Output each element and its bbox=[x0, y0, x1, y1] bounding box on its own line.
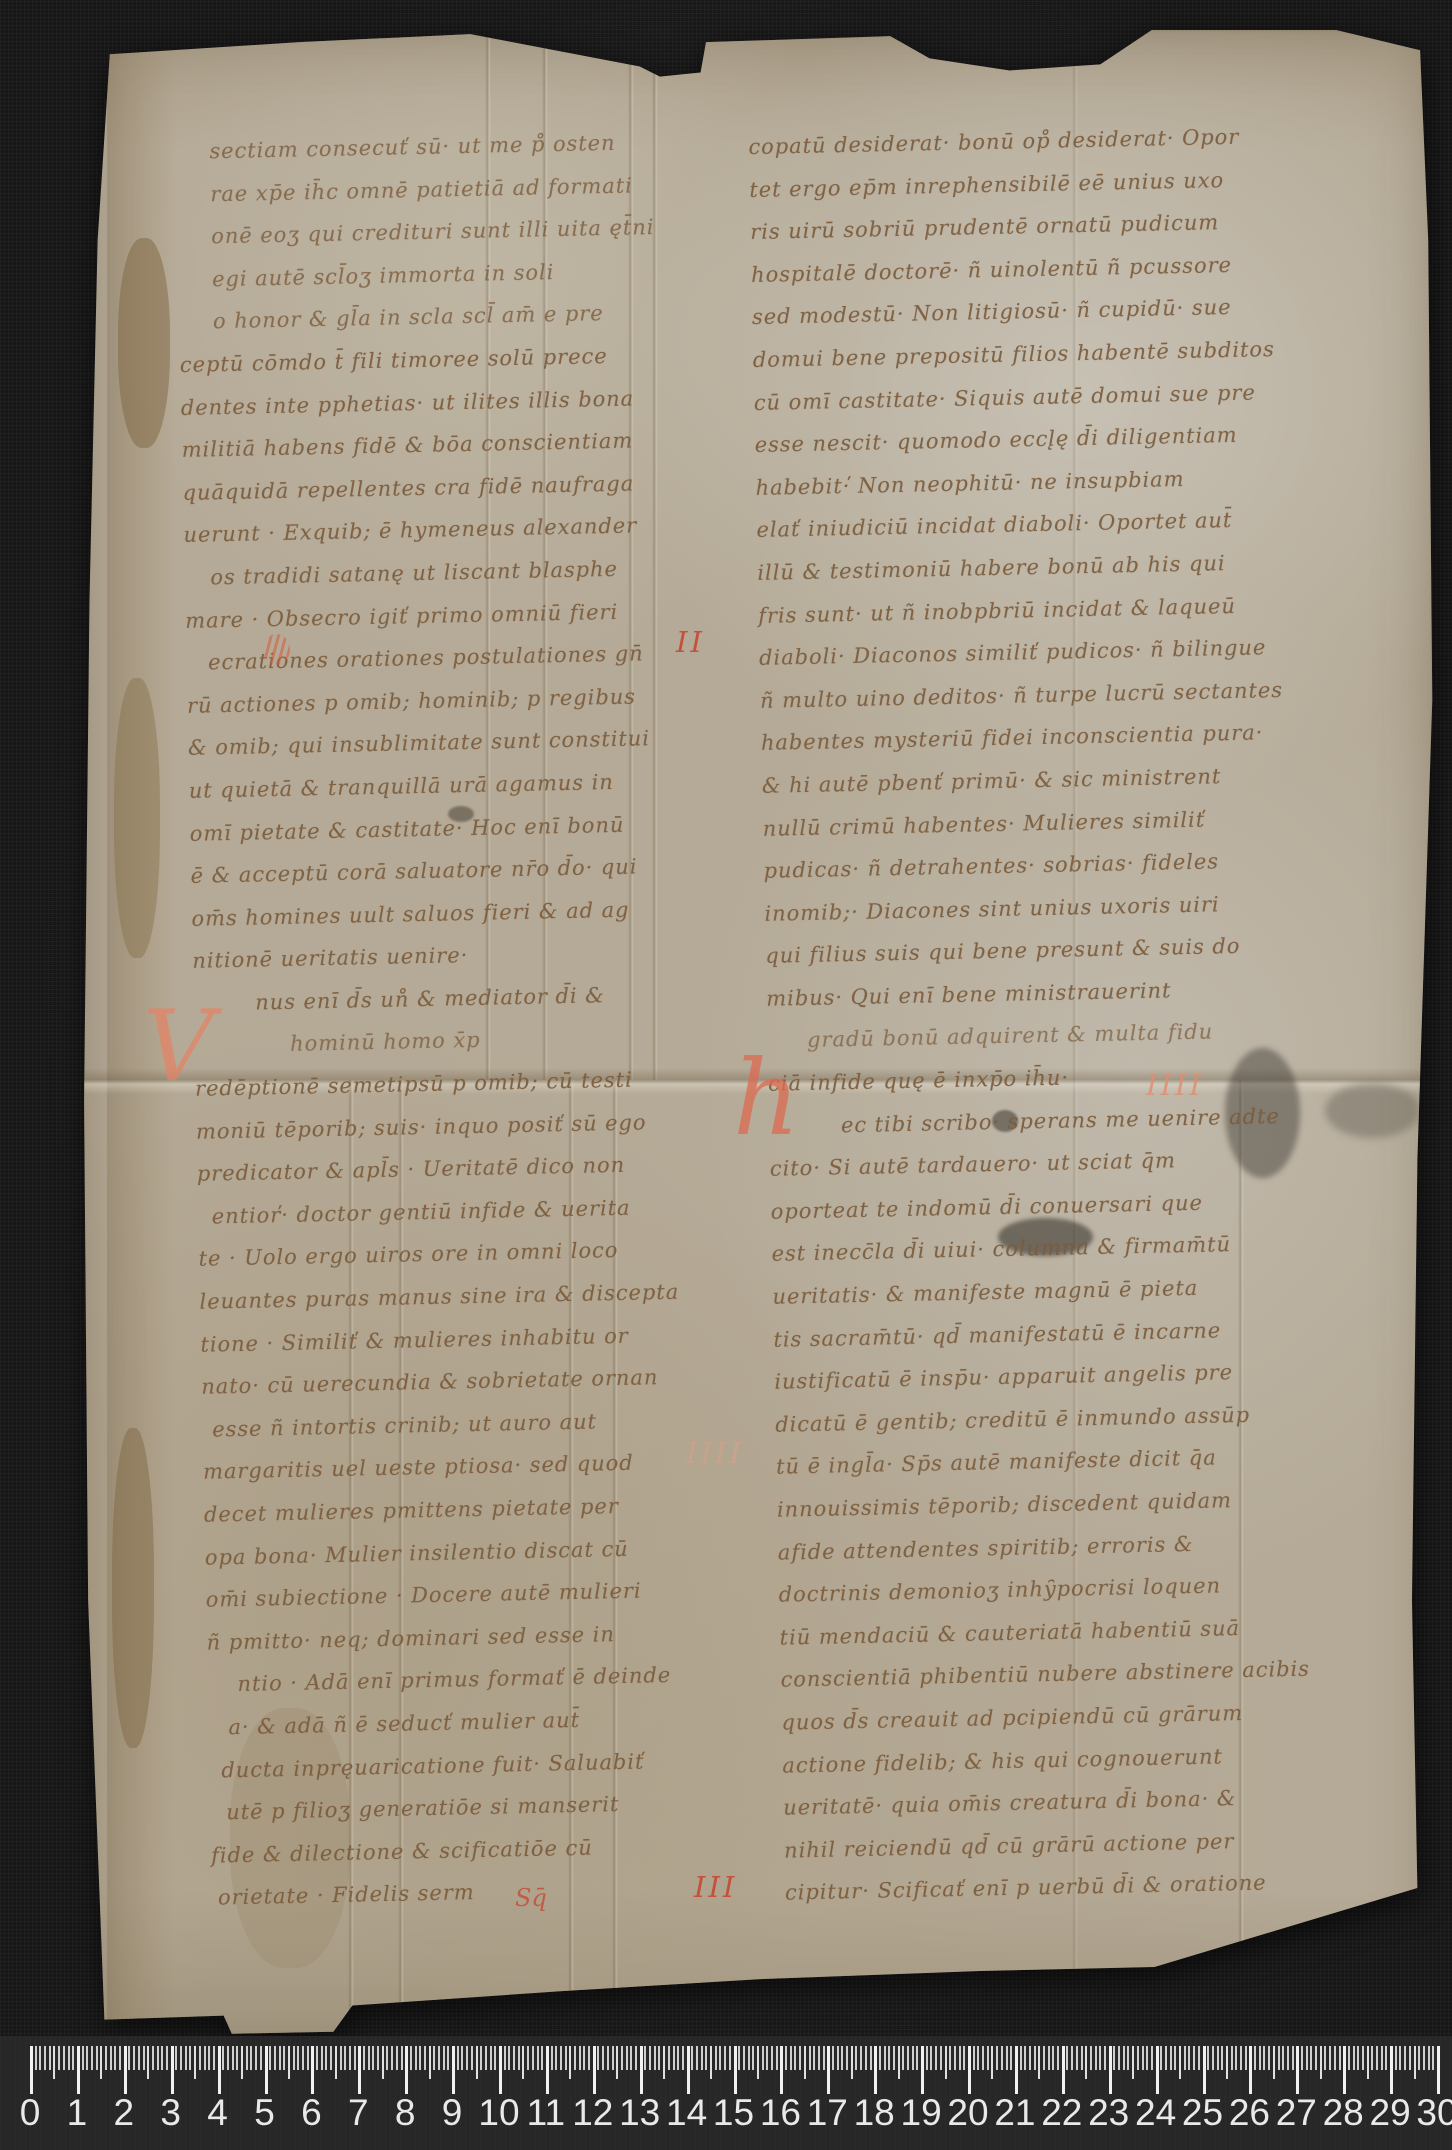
ruler-tick bbox=[949, 2046, 951, 2070]
ruler-tick bbox=[1263, 2046, 1265, 2070]
ruler-tick bbox=[945, 2046, 947, 2079]
ruler-tick bbox=[954, 2046, 956, 2070]
ruler-tick bbox=[771, 2046, 773, 2070]
ruler-tick bbox=[1320, 2046, 1322, 2079]
ruler-tick bbox=[654, 2046, 656, 2070]
chapter-numeral-II: II bbox=[676, 625, 705, 659]
ruler-tick bbox=[1282, 2046, 1284, 2070]
ruler-number: 6 bbox=[301, 2092, 322, 2134]
ruler-tick bbox=[705, 2046, 707, 2070]
ruler-tick bbox=[888, 2046, 890, 2070]
ruler-tick bbox=[1132, 2046, 1134, 2079]
ruler-tick bbox=[297, 2046, 299, 2070]
ruler-tick bbox=[1184, 2046, 1186, 2070]
ruler-tick bbox=[569, 2046, 571, 2079]
ruler-number: 8 bbox=[395, 2092, 416, 2134]
ruler-tick bbox=[663, 2046, 665, 2079]
ruler: 0123456789101112131415161718192021222324… bbox=[0, 2036, 1452, 2150]
ruler-tick bbox=[1052, 2046, 1054, 2070]
ruler-tick bbox=[996, 2046, 998, 2070]
ruler-tick bbox=[1081, 2046, 1083, 2070]
ruler-tick bbox=[138, 2046, 140, 2070]
ruler-tick bbox=[255, 2046, 257, 2070]
ruler-tick bbox=[133, 2046, 135, 2070]
ruler-tick bbox=[963, 2046, 965, 2070]
ruler-tick bbox=[1259, 2046, 1261, 2070]
ruler-tick bbox=[752, 2046, 754, 2070]
ruler-tick bbox=[1348, 2046, 1350, 2070]
ruler-tick bbox=[1245, 2046, 1247, 2070]
ruler-tick bbox=[1104, 2046, 1106, 2070]
digitized-manuscript-photo: sectiam consecut̕ sū· ut me p̊ ostenrae … bbox=[0, 0, 1452, 2150]
ruler-number: 11 bbox=[527, 2092, 565, 2134]
ruler-tick bbox=[973, 2046, 975, 2070]
ruler-tick bbox=[218, 2046, 221, 2094]
ruler-number: 9 bbox=[442, 2092, 463, 2134]
ruler-tick bbox=[1268, 2046, 1270, 2070]
ruler-tick bbox=[1371, 2046, 1373, 2070]
ruler-tick bbox=[1156, 2046, 1159, 2094]
ruler-number: 5 bbox=[254, 2092, 275, 2134]
ruler-tick bbox=[1095, 2046, 1097, 2070]
ruler-tick bbox=[476, 2046, 478, 2079]
ruler-tick bbox=[785, 2046, 787, 2070]
parchment-stain bbox=[118, 238, 170, 448]
ruler-number: 19 bbox=[901, 2092, 942, 2134]
ruler-tick bbox=[1048, 2046, 1050, 2070]
ruler-tick bbox=[724, 2046, 726, 2070]
ruler-tick bbox=[499, 2046, 502, 2094]
ruler-tick bbox=[635, 2046, 637, 2070]
ruler-tick bbox=[1179, 2046, 1181, 2079]
ruler-tick bbox=[1170, 2046, 1172, 2070]
ruler-tick bbox=[321, 2046, 323, 2070]
ruler-tick bbox=[1099, 2046, 1101, 2070]
ruler-tick bbox=[696, 2046, 698, 2070]
ruler-tick bbox=[921, 2046, 924, 2094]
ruler-tick bbox=[391, 2046, 393, 2070]
ruler-tick bbox=[1038, 2046, 1040, 2079]
ruler-tick bbox=[1235, 2046, 1237, 2070]
ruler-tick bbox=[161, 2046, 163, 2070]
ruler-tick bbox=[865, 2046, 867, 2070]
text-column-left: sectiam consecut̕ sū· ut me p̊ ostenrae … bbox=[175, 121, 690, 1920]
ruler-tick bbox=[1428, 2046, 1430, 2070]
ruler-tick bbox=[494, 2046, 496, 2070]
ruler-tick bbox=[597, 2046, 599, 2070]
chapter-numeral-IIII-right: IIII bbox=[1146, 1068, 1204, 1102]
ruler-tick bbox=[110, 2046, 112, 2070]
ruler-tick bbox=[546, 2046, 549, 2094]
ruler-tick bbox=[893, 2046, 895, 2070]
ruler-number: 1 bbox=[67, 2092, 88, 2134]
ruler-tick bbox=[128, 2046, 130, 2070]
ruler-tick bbox=[241, 2046, 243, 2079]
ruler-number: 15 bbox=[713, 2092, 754, 2134]
ruler-tick bbox=[621, 2046, 623, 2070]
ruler-tick bbox=[837, 2046, 839, 2070]
ruler-tick bbox=[1292, 2046, 1294, 2070]
ruler-tick bbox=[213, 2046, 215, 2070]
ruler-tick bbox=[1142, 2046, 1144, 2070]
ruler-tick bbox=[1034, 2046, 1036, 2070]
ruler-tick bbox=[1306, 2046, 1308, 2070]
ruler-tick bbox=[513, 2046, 515, 2070]
ruler-tick bbox=[804, 2046, 806, 2079]
ruler-tick bbox=[63, 2046, 65, 2070]
ruler-tick bbox=[1381, 2046, 1383, 2070]
ruler-tick bbox=[349, 2046, 351, 2070]
ruler-number: 29 bbox=[1370, 2092, 1411, 2134]
ruler-number: 3 bbox=[160, 2092, 181, 2134]
ruler-number: 12 bbox=[572, 2092, 613, 2134]
ruler-tick bbox=[49, 2046, 51, 2070]
ruler-tick bbox=[358, 2046, 361, 2094]
ruler-tick bbox=[1071, 2046, 1073, 2070]
ruler-tick bbox=[776, 2046, 778, 2070]
ruler-tick bbox=[166, 2046, 168, 2070]
ruler-tick bbox=[443, 2046, 445, 2070]
ruler-tick bbox=[968, 2046, 971, 2094]
ruler-tick bbox=[607, 2046, 609, 2070]
ruler-tick bbox=[39, 2046, 41, 2070]
ruler-tick bbox=[232, 2046, 234, 2070]
ruler-number: 13 bbox=[619, 2092, 660, 2134]
ruler-tick bbox=[68, 2046, 70, 2070]
ruler-tick bbox=[208, 2046, 210, 2070]
ruler-tick bbox=[926, 2046, 928, 2070]
ruler-tick bbox=[288, 2046, 290, 2079]
ruler-tick bbox=[1437, 2046, 1440, 2094]
ruler-tick bbox=[1066, 2046, 1068, 2070]
ruler-tick bbox=[222, 2046, 224, 2070]
ruler-tick bbox=[1123, 2046, 1125, 2070]
ruler-tick bbox=[959, 2046, 961, 2070]
ruler-tick bbox=[644, 2046, 646, 2070]
ruler-tick bbox=[72, 2046, 74, 2070]
text-column-right: copatū desiderat· bonū op̊ desiderat· Op… bbox=[748, 114, 1355, 1914]
ruler-tick bbox=[429, 2046, 431, 2079]
ruler-tick bbox=[335, 2046, 337, 2079]
ruler-number: 25 bbox=[1182, 2092, 1223, 2134]
ruler-tick bbox=[537, 2046, 539, 2070]
ruler-tick bbox=[719, 2046, 721, 2070]
ruler-tick bbox=[818, 2046, 820, 2070]
ruler-tick bbox=[1353, 2046, 1355, 2070]
ruler-number: 16 bbox=[760, 2092, 801, 2134]
ruler-tick bbox=[424, 2046, 426, 2070]
ruler-number: 20 bbox=[947, 2092, 988, 2134]
ruler-tick bbox=[1043, 2046, 1045, 2070]
ruler-tick bbox=[1090, 2046, 1092, 2070]
parchment-stain bbox=[112, 1428, 154, 1748]
ruler-tick bbox=[1296, 2046, 1299, 2094]
ruler-tick bbox=[1362, 2046, 1364, 2070]
ruler-tick bbox=[227, 2046, 229, 2070]
ruler-tick bbox=[1339, 2046, 1341, 2070]
ruler-number: 26 bbox=[1229, 2092, 1270, 2134]
ruler-tick bbox=[715, 2046, 717, 2070]
ruler-tick bbox=[583, 2046, 585, 2070]
ruler-tick bbox=[1076, 2046, 1078, 2070]
ruler-tick bbox=[504, 2046, 506, 2070]
ruler-tick bbox=[687, 2046, 690, 2094]
ruler-tick bbox=[1278, 2046, 1280, 2070]
ruler-tick bbox=[1127, 2046, 1129, 2070]
ruler-tick bbox=[682, 2046, 684, 2070]
ruler-tick bbox=[940, 2046, 942, 2070]
ruler-tick bbox=[522, 2046, 524, 2079]
ruler-tick bbox=[340, 2046, 342, 2070]
ruler-number: 4 bbox=[207, 2092, 228, 2134]
ruler-tick bbox=[199, 2046, 201, 2070]
ruler-tick bbox=[91, 2046, 93, 2070]
ruler-tick bbox=[461, 2046, 463, 2070]
ruler-tick bbox=[382, 2046, 384, 2079]
ruler-tick bbox=[368, 2046, 370, 2070]
ruler-tick bbox=[316, 2046, 318, 2070]
ruler-tick bbox=[30, 2046, 33, 2094]
ruler-tick bbox=[447, 2046, 449, 2070]
ruler-tick bbox=[1240, 2046, 1242, 2070]
ruler-tick bbox=[677, 2046, 679, 2070]
ruler-tick bbox=[283, 2046, 285, 2070]
ruler-tick bbox=[105, 2046, 107, 2070]
ruler-tick bbox=[977, 2046, 979, 2070]
ruler-tick bbox=[1385, 2046, 1387, 2070]
ruler-tick bbox=[668, 2046, 670, 2070]
ruler-tick bbox=[1193, 2046, 1195, 2070]
ruler-tick bbox=[991, 2046, 993, 2079]
ruler-tick bbox=[147, 2046, 149, 2079]
ruler-tick bbox=[673, 2046, 675, 2070]
ruler-tick bbox=[1287, 2046, 1289, 2070]
ruler-tick bbox=[710, 2046, 712, 2079]
ruler-tick bbox=[415, 2046, 417, 2070]
ruler-tick bbox=[832, 2046, 834, 2070]
ruler-number: 21 bbox=[994, 2092, 1035, 2134]
ruler-number: 30 bbox=[1416, 2092, 1452, 2134]
ruler-tick bbox=[1334, 2046, 1336, 2070]
ruler-number: 10 bbox=[478, 2092, 519, 2134]
ruler-tick bbox=[748, 2046, 750, 2070]
ruler-tick bbox=[574, 2046, 576, 2070]
ruler-tick bbox=[1174, 2046, 1176, 2070]
parchment-stain bbox=[114, 678, 160, 958]
ruler-tick bbox=[1343, 2046, 1346, 2094]
ruler-tick bbox=[100, 2046, 102, 2079]
ruler-tick bbox=[485, 2046, 487, 2070]
ruler-number: 22 bbox=[1041, 2092, 1082, 2134]
chapter-numeral-IIII-left: IIII bbox=[686, 1436, 744, 1470]
ruler-number: 7 bbox=[348, 2092, 369, 2134]
ruler-tick bbox=[1057, 2046, 1059, 2070]
ruler-tick bbox=[1423, 2046, 1425, 2070]
ruler-tick bbox=[1418, 2046, 1420, 2070]
ruler-number: 2 bbox=[114, 2092, 135, 2134]
ruler-tick bbox=[180, 2046, 182, 2070]
ruler-tick bbox=[640, 2046, 643, 2094]
ruler-number: 24 bbox=[1135, 2092, 1176, 2134]
ruler-tick bbox=[1231, 2046, 1233, 2070]
ruler-tick bbox=[1020, 2046, 1022, 2070]
ruler-tick bbox=[433, 2046, 435, 2070]
ruler-tick bbox=[189, 2046, 191, 2070]
ruler-tick bbox=[1404, 2046, 1406, 2070]
ruler-tick bbox=[171, 2046, 174, 2094]
ruler-tick bbox=[649, 2046, 651, 2070]
ruler-tick bbox=[1226, 2046, 1228, 2079]
ruler-tick bbox=[1001, 2046, 1003, 2070]
ruler-tick bbox=[823, 2046, 825, 2070]
ruler-tick bbox=[344, 2046, 346, 2070]
ruler-tick bbox=[330, 2046, 332, 2070]
ruler-tick bbox=[58, 2046, 60, 2070]
ruler-tick bbox=[1029, 2046, 1031, 2070]
ruler-tick bbox=[77, 2046, 80, 2094]
ruler-tick bbox=[1432, 2046, 1434, 2070]
ruler-tick bbox=[907, 2046, 909, 2070]
ruler-tick bbox=[44, 2046, 46, 2070]
ruler-tick bbox=[372, 2046, 374, 2070]
ruler-tick bbox=[457, 2046, 459, 2070]
ruler-tick bbox=[1249, 2046, 1252, 2094]
ruler-tick bbox=[1146, 2046, 1148, 2070]
ruler-tick bbox=[1310, 2046, 1312, 2070]
ruler-tick bbox=[565, 2046, 567, 2070]
ruler-tick bbox=[729, 2046, 731, 2070]
ruler-tick bbox=[930, 2046, 932, 2070]
ruler-tick bbox=[827, 2046, 830, 2094]
ruler-tick bbox=[846, 2046, 848, 2070]
ruler-tick bbox=[912, 2046, 914, 2070]
ruler-tick bbox=[405, 2046, 408, 2094]
ruler-tick bbox=[1212, 2046, 1214, 2070]
ruler-tick bbox=[157, 2046, 159, 2070]
ruler-number: 27 bbox=[1276, 2092, 1317, 2134]
ruler-tick bbox=[438, 2046, 440, 2070]
ruler-tick bbox=[658, 2046, 660, 2070]
ruler-tick bbox=[588, 2046, 590, 2070]
ruler-tick bbox=[1024, 2046, 1026, 2070]
ruler-tick bbox=[250, 2046, 252, 2070]
ruler-tick bbox=[1165, 2046, 1167, 2070]
ruler-tick bbox=[541, 2046, 543, 2070]
ruler-tick bbox=[738, 2046, 740, 2070]
ruler-tick bbox=[626, 2046, 628, 2070]
gray-stain bbox=[1325, 1083, 1420, 1138]
ruler-tick bbox=[874, 2046, 877, 2094]
ruler-tick bbox=[1395, 2046, 1397, 2070]
ruler-tick bbox=[701, 2046, 703, 2070]
ruler-tick bbox=[527, 2046, 529, 2070]
ruler-tick bbox=[1085, 2046, 1087, 2079]
ruler-tick bbox=[762, 2046, 764, 2070]
ruler-tick bbox=[766, 2046, 768, 2070]
ruler-tick bbox=[799, 2046, 801, 2070]
ruler-tick bbox=[246, 2046, 248, 2070]
ruler-tick bbox=[96, 2046, 98, 2070]
ruler-tick bbox=[274, 2046, 276, 2070]
ruler-tick bbox=[1221, 2046, 1223, 2070]
ruler-tick bbox=[279, 2046, 281, 2070]
ruler-tick bbox=[143, 2046, 145, 2070]
ruler-tick bbox=[152, 2046, 154, 2070]
ruler-tick bbox=[354, 2046, 356, 2070]
ruler-tick bbox=[1273, 2046, 1275, 2079]
ruler-tick bbox=[508, 2046, 510, 2070]
ruler-tick bbox=[1409, 2046, 1411, 2070]
ruler-tick bbox=[53, 2046, 55, 2079]
ruler-tick bbox=[1254, 2046, 1256, 2070]
ruler-tick bbox=[1399, 2046, 1401, 2070]
ruler-tick bbox=[1118, 2046, 1120, 2070]
ruler-tick bbox=[935, 2046, 937, 2070]
ruler-tick bbox=[452, 2046, 455, 2094]
ruler-tick bbox=[1151, 2046, 1153, 2070]
ruler-tick bbox=[175, 2046, 177, 2070]
ruler-tick bbox=[555, 2046, 557, 2070]
ruler-tick bbox=[813, 2046, 815, 2070]
ruler-tick bbox=[1207, 2046, 1209, 2070]
ruler-tick bbox=[1113, 2046, 1115, 2070]
ruler-tick bbox=[311, 2046, 314, 2094]
ruler-tick bbox=[401, 2046, 403, 2070]
red-initial-h: h bbox=[733, 1046, 800, 1150]
ruler-tick bbox=[419, 2046, 421, 2070]
ruler-tick bbox=[269, 2046, 271, 2070]
ruler-tick bbox=[236, 2046, 238, 2070]
ruler-number: 17 bbox=[807, 2092, 848, 2134]
ruler-tick bbox=[579, 2046, 581, 2070]
ruler-tick bbox=[1367, 2046, 1369, 2079]
ruler-tick bbox=[302, 2046, 304, 2070]
ruler-tick bbox=[860, 2046, 862, 2070]
ruler-tick bbox=[363, 2046, 365, 2070]
ruler-tick bbox=[1217, 2046, 1219, 2070]
ruler-tick bbox=[532, 2046, 534, 2070]
ruler-tick bbox=[602, 2046, 604, 2070]
ruler-tick bbox=[1198, 2046, 1200, 2070]
ruler-tick bbox=[593, 2046, 596, 2094]
ruler-tick bbox=[471, 2046, 473, 2070]
ruler-tick bbox=[1006, 2046, 1008, 2070]
ruler-tick bbox=[82, 2046, 84, 2070]
ruler-number: 23 bbox=[1088, 2092, 1129, 2134]
ruler-number: 14 bbox=[666, 2092, 707, 2134]
ruler-tick bbox=[307, 2046, 309, 2070]
ruler-tick bbox=[1015, 2046, 1018, 2094]
ruler-tick bbox=[1160, 2046, 1162, 2070]
ruler-tick bbox=[124, 2046, 127, 2094]
rubricated-initial-O bbox=[263, 634, 290, 665]
ruler-tick bbox=[410, 2046, 412, 2070]
ruler-tick bbox=[185, 2046, 187, 2070]
ruler-tick bbox=[743, 2046, 745, 2070]
ruler-tick bbox=[855, 2046, 857, 2070]
ruler-tick bbox=[1010, 2046, 1012, 2070]
ruler-tick bbox=[204, 2046, 206, 2070]
ruler-tick bbox=[987, 2046, 989, 2070]
ruler-tick bbox=[35, 2046, 37, 2070]
ruler-tick bbox=[260, 2046, 262, 2070]
ruler-number: 18 bbox=[854, 2092, 895, 2134]
ruler-tick bbox=[841, 2046, 843, 2070]
ruler-tick bbox=[916, 2046, 918, 2070]
ruler-tick bbox=[1390, 2046, 1393, 2094]
ruler-tick bbox=[612, 2046, 614, 2070]
ruler-tick bbox=[119, 2046, 121, 2070]
